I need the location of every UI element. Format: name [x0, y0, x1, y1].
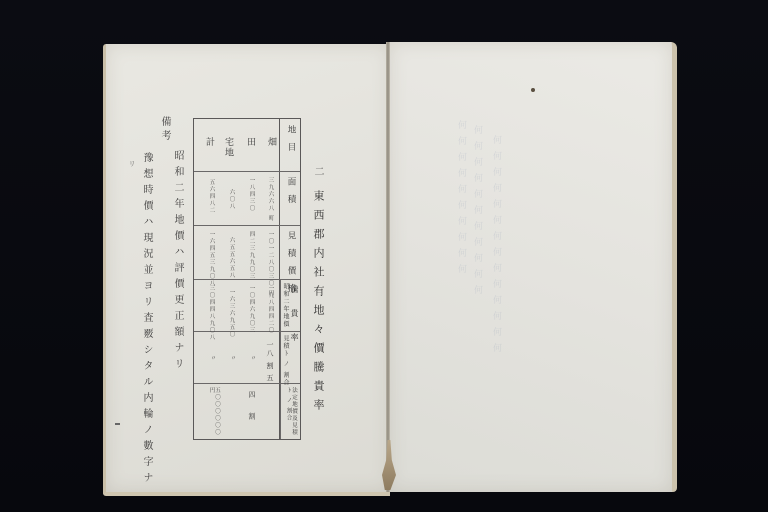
- data-table: 地目 面積 見積價格 騰貴率 昭和二年地價 見積ト ノ 割合 法定地價及見積ト …: [193, 118, 301, 440]
- notes-heading: 備考: [159, 116, 169, 144]
- section-number: 二: [312, 166, 322, 181]
- cell-ratio-b-total: 五〇〇〇〇〇〇 円: [208, 387, 219, 439]
- row-label-total: 計: [204, 137, 213, 148]
- cell-showa2-field: 一九八四四二〇: [267, 285, 273, 334]
- row-label-field: 畑: [266, 137, 275, 148]
- header-area: 面積: [287, 177, 296, 212]
- cell-price-paddy: 四二三九九〇三: [248, 231, 254, 280]
- notes-line-2: 豫想時價ハ現況並ヨリ査覈シタル内輪ノ數字ナ: [141, 152, 151, 488]
- cell-ratio-b-field: 四 割: [248, 391, 255, 425]
- cell-area-residential: 六〇八: [228, 189, 234, 210]
- cell-showa2-total: 三〇四四八九〇八: [208, 285, 214, 341]
- subheader-showa2-price: 昭和二年地價: [282, 283, 288, 328]
- cell-ratio-a-field: 一八 割 五: [266, 341, 273, 382]
- subheader-ratio-b: 法定地價及見積ト ノ 割合: [285, 387, 296, 439]
- show-through-text: 何何何何何何何何何何: [455, 120, 468, 280]
- cell-showa2-paddy: 一〇四六九〇三: [248, 285, 254, 334]
- header-land-type: 地目: [287, 125, 296, 160]
- row-divider: [194, 171, 300, 172]
- header-rise-rate: 騰貴率: [290, 285, 298, 357]
- subheader-ratio-a: 見積ト ノ 割合: [282, 335, 288, 387]
- page-mark: [115, 423, 120, 425]
- book-spread: 何何何何何何何何何何 何何何何何何何何何何何 何何何何何何何何何何何何何何 二 …: [0, 0, 768, 512]
- cell-price-total: 一六四五三九〇八: [208, 231, 214, 287]
- notes-margin-mark: リ: [128, 160, 135, 172]
- cell-price-residential: 六五五六五八: [228, 237, 234, 279]
- paper-spot: [531, 88, 535, 92]
- row-label-paddy: 田: [245, 137, 254, 148]
- show-through-text: 何何何何何何何何何何何何何何: [490, 135, 503, 359]
- cell-ratio-a-dash: 〃: [229, 355, 235, 362]
- cell-ratio-a-dash: 〃: [209, 355, 215, 362]
- page-title: 東西郡内社有地々價騰貴率: [313, 190, 324, 418]
- row-label-residential: 宅地: [223, 137, 232, 158]
- cell-showa2-residential: 一六三六九五〇: [228, 289, 234, 338]
- book-gutter: [386, 42, 390, 492]
- cell-area-field: 三九六六八 町: [267, 177, 273, 222]
- notes-line-1: 昭和二年地價ハ評價更正額ナリ: [172, 150, 182, 374]
- cell-area-paddy: 一八四三〇: [248, 177, 254, 212]
- show-through-text: 何何何何何何何何何何何: [471, 125, 484, 301]
- cell-area-total: 五六四八二: [208, 179, 214, 214]
- cell-ratio-a-dash: 〃: [249, 355, 255, 362]
- subheader-divider: [280, 279, 281, 439]
- right-page: [389, 42, 677, 492]
- row-divider: [194, 225, 300, 226]
